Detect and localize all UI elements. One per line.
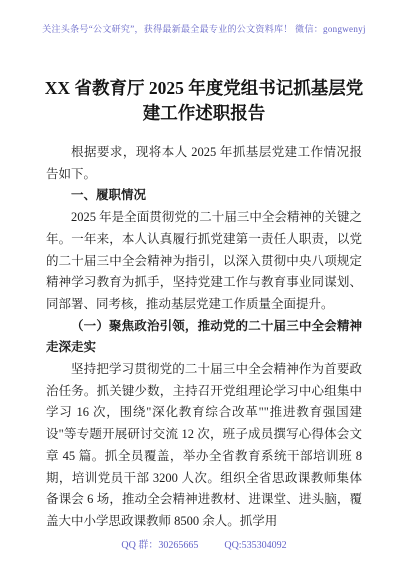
- document-body: 根据要求，现将本人 2025 年抓基层党建工作情况报告如下。 一、履职情况 20…: [46, 142, 362, 533]
- subsection-heading-1: （一）聚焦政治引领，推动党的二十届三中全会精神走深走实: [46, 316, 362, 359]
- paragraph-overview: 2025 年是全面贯彻党的二十届三中全会精神的关键之年。一年来，本人认真履行抓党…: [46, 207, 362, 316]
- qq-group-number: QQ 群：30265665: [121, 540, 198, 551]
- paragraph-detail: 坚持把学习贯彻党的二十届三中全会精神作为首要政治任务。抓关键少数，主持召开党组理…: [46, 359, 362, 533]
- document-title: XX 省教育厅 2025 年度党组书记抓基层党 建工作述职报告: [24, 76, 384, 126]
- contact-footer: QQ 群：30265665QQ:535304092: [0, 536, 408, 551]
- promo-header: 关注头条号“公文研究”，获得最新最全最专业的公文资料库！ 微信：gongweny…: [0, 22, 408, 35]
- document-page: 关注头条号“公文研究”，获得最新最全最专业的公文资料库！ 微信：gongweny…: [0, 0, 408, 580]
- paragraph-intro: 根据要求，现将本人 2025 年抓基层党建工作情况报告如下。: [46, 142, 362, 185]
- title-line-2: 建工作述职报告: [143, 103, 266, 123]
- qq-number: QQ:535304092: [224, 540, 286, 551]
- section-heading-1: 一、履职情况: [46, 185, 362, 207]
- title-line-1: XX 省教育厅 2025 年度党组书记抓基层党: [45, 78, 363, 98]
